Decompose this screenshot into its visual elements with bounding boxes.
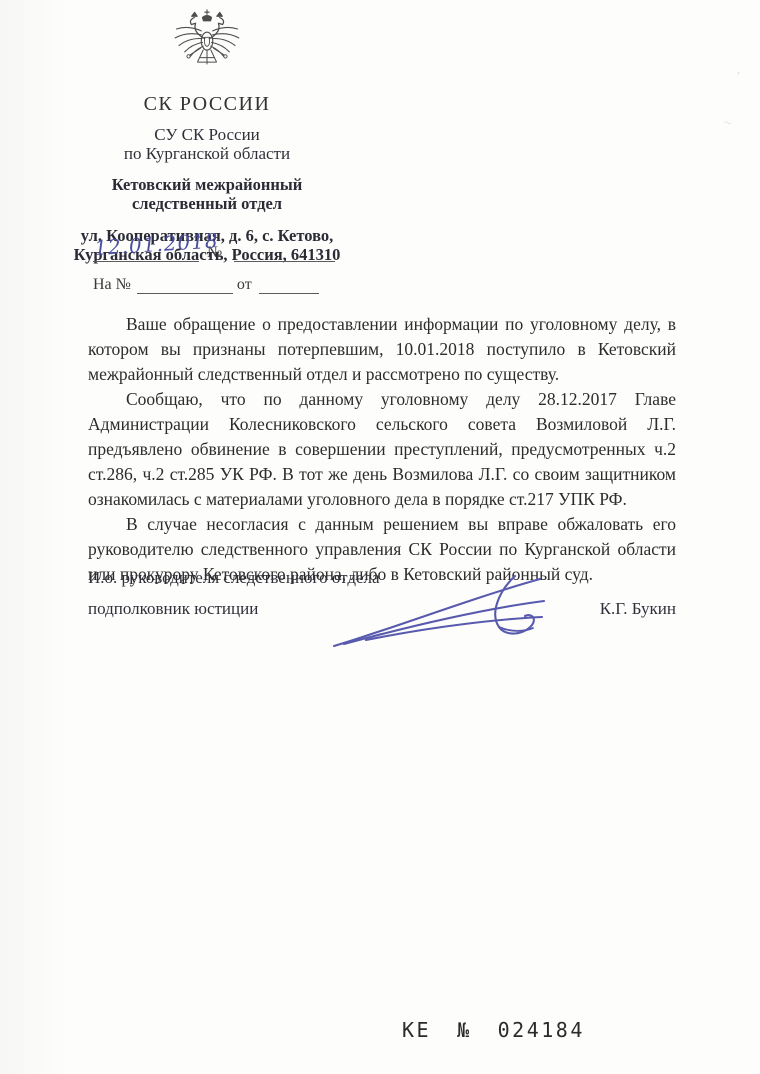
document-page: СК РОССИИ СУ СК России по Курганской обл… [0,0,760,1074]
signature-block: И.о. руководителя следственного отдела п… [88,568,676,653]
division-line2: по Курганской области [40,144,374,163]
letter-paragraph: Сообщаю, что по данному уголовному делу … [88,387,676,512]
department-line2: следственный отдел [40,195,374,214]
division-line1: СУ СК России [40,125,374,144]
from-label: от [237,276,252,293]
stamp-number: 024184 [498,1018,585,1042]
date-blank-line: 12.01.2018 [93,244,199,262]
signoff-rank: подполковник юстиции [88,599,258,619]
scan-artifact: ~ [722,114,732,131]
letter-body: Ваше обращение о предоставлении информац… [88,312,676,587]
double-headed-eagle-icon [167,8,247,78]
stamp-series: КЕ [402,1018,431,1042]
reply-label: На № [93,276,131,293]
reply-reference-line: На № от [93,276,363,302]
reference-block: 12.01.2018 № На № от [93,244,363,302]
number-blank-line [234,244,335,262]
date-number-line: 12.01.2018 № [93,244,363,270]
letter-paragraph: Ваше обращение о предоставлении информац… [88,312,676,387]
stamp-number-sign: № [457,1018,472,1042]
from-date-blank-line [259,276,319,294]
reply-number-blank-line [137,276,233,294]
department-line1: Кетовский межрайонный [40,176,374,195]
scan-artifact: ﹐ [731,57,748,78]
org-title: СК РОССИИ [40,93,374,116]
department-name: Кетовский межрайонный следственный отдел [40,176,374,213]
form-stamp: КЕ № 024184 [402,1018,585,1042]
division-name: СУ СК России по Курганской области [40,125,374,163]
letterhead: СК РОССИИ СУ СК России по Курганской обл… [40,8,374,264]
signature-autograph [332,572,547,650]
signer-name: К.Г. Букин [600,599,676,619]
